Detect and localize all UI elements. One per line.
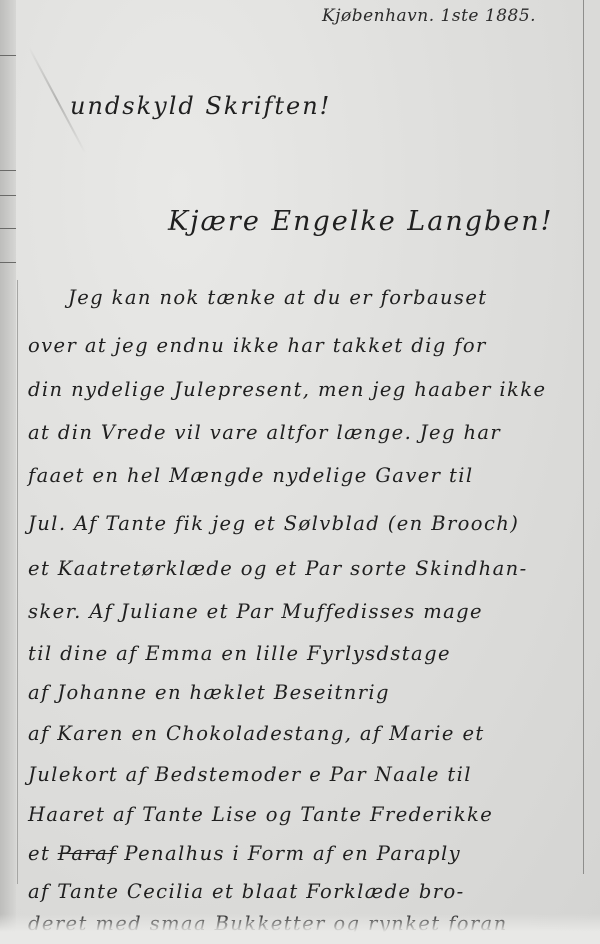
body-line: deret med smaa Bukketter og rynket foran	[28, 912, 508, 935]
body-line: Jul. Af Tante fik jeg et Sølvblad (en Br…	[28, 512, 519, 535]
body-line: Jeg kan nok tænke at du er forbauset	[68, 286, 488, 309]
body-line: af Tante Cecilia et blaat Forklæde bro-	[28, 880, 465, 903]
paper-left-margin-rule	[17, 280, 18, 884]
salutation: Kjære Engelke Langben!	[168, 206, 554, 237]
body-line: af Karen en Chokoladestang, af Marie et	[28, 722, 485, 745]
letter-page: Kjøbenhavn. 1ste 1885. undskyld Skriften…	[0, 0, 600, 944]
body-line: af Johanne en hæklet Beseitnrig	[28, 681, 390, 704]
body-line: at din Vrede vil vare altfor længe. Jeg …	[28, 421, 501, 444]
body-line: Julekort af Bedstemoder e Par Naale til	[28, 763, 472, 786]
margin-tick	[0, 170, 16, 171]
body-line: et Paraf Penalhus i Form af en Paraply	[28, 842, 461, 865]
margin-tick	[0, 55, 16, 56]
body-line: faaet en hel Mængde nydelige Gaver til	[28, 464, 474, 487]
struck-through-word: Paraf	[58, 842, 117, 865]
margin-tick	[0, 262, 16, 263]
margin-tick	[0, 195, 16, 196]
body-line: til dine af Emma en lille Fyrlysdstage	[28, 642, 451, 665]
body-line: din nydelige Julepresent, men jeg haaber…	[28, 378, 546, 401]
place-and-date: Kjøbenhavn. 1ste 1885.	[322, 6, 536, 26]
body-line: et Kaatretørklæde og et Par sorte Skindh…	[28, 557, 528, 580]
apology-note: undskyld Skriften!	[70, 92, 331, 120]
paper-right-edge	[583, 0, 584, 874]
body-line: over at jeg endnu ikke har takket dig fo…	[28, 334, 487, 357]
body-line: Haaret af Tante Lise og Tante Frederikke	[28, 803, 493, 826]
body-line: sker. Af Juliane et Par Muffedisses mage	[28, 600, 483, 623]
margin-tick	[0, 228, 16, 229]
